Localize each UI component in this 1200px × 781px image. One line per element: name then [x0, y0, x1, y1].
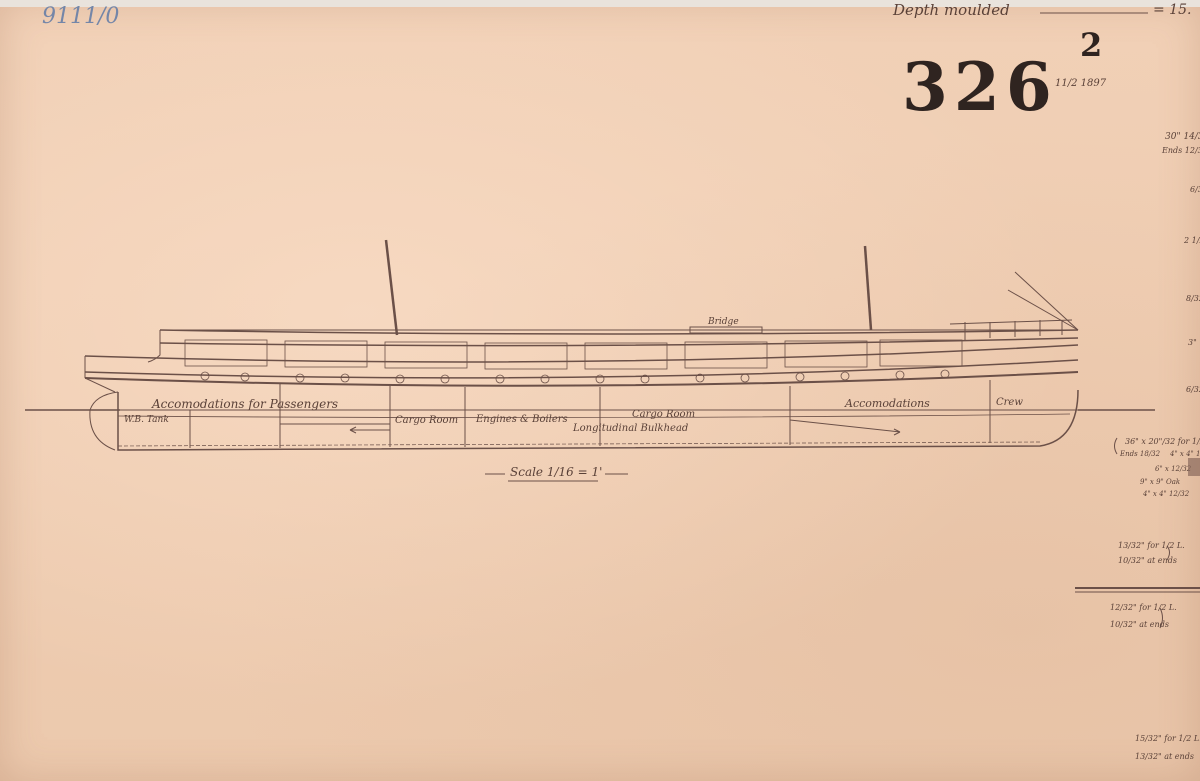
- drawing-sheet: 9111/0 Depth moulded = 15. 326 2 11/2 18…: [0, 0, 1200, 781]
- margin-note: 2 1/2: [1184, 236, 1200, 245]
- compartment-crew: Crew: [996, 397, 1023, 408]
- margin-note: 4" x 4" 12/32: [1143, 490, 1189, 498]
- scale-label: Scale 1/16 = 1': [510, 465, 602, 479]
- margin-note: 13/32" at ends: [1135, 752, 1194, 761]
- margin-note: 6" x 12/32: [1155, 465, 1191, 473]
- margin-note: 15/32" for 1/2 L.: [1135, 734, 1200, 743]
- compartment-accommodation-fwd: Accomodations: [845, 397, 930, 410]
- margin-note: 36" x 20"/32 for 1/2 L.: [1125, 437, 1200, 446]
- margin-note: 10/32" at ends: [1118, 556, 1177, 565]
- margin-note: 13/32" for 1/2 L.: [1118, 541, 1185, 550]
- compartment-cargo-room-fwd: Cargo Room: [632, 409, 695, 420]
- longitudinal-bulkhead-label: Longitudinal Bulkhead: [573, 423, 688, 434]
- margin-note: 12/32" for 1/2 L.: [1110, 603, 1177, 612]
- margin-note: 6/32: [1190, 185, 1200, 194]
- margin-note: Ends 18/32: [1120, 450, 1160, 458]
- margin-note: 9" x 9" Oak: [1140, 478, 1180, 486]
- margin-note: 3": [1188, 338, 1197, 347]
- compartment-passenger-accommodation: Accomodations for Passengers: [152, 397, 338, 411]
- compartment-cargo-room-aft: Cargo Room: [395, 415, 458, 426]
- margin-note: Ends 12/32: [1162, 146, 1200, 155]
- margin-note: 8/32: [1186, 294, 1200, 303]
- margin-note: 10/32" at ends: [1110, 620, 1169, 629]
- bridge-label: Bridge: [708, 317, 739, 327]
- margin-note: 4" x 4" 12/32: [1170, 450, 1200, 458]
- margin-note: 30" 14/32: [1165, 132, 1200, 142]
- compartment-engines-boilers: Engines & Boilers: [476, 414, 568, 425]
- paper-stain: [1188, 458, 1200, 476]
- margin-note: 6/32: [1186, 385, 1200, 394]
- compartment-wb-tank: W.B. Tank: [124, 415, 169, 425]
- ship-profile-drawing: [0, 0, 1200, 781]
